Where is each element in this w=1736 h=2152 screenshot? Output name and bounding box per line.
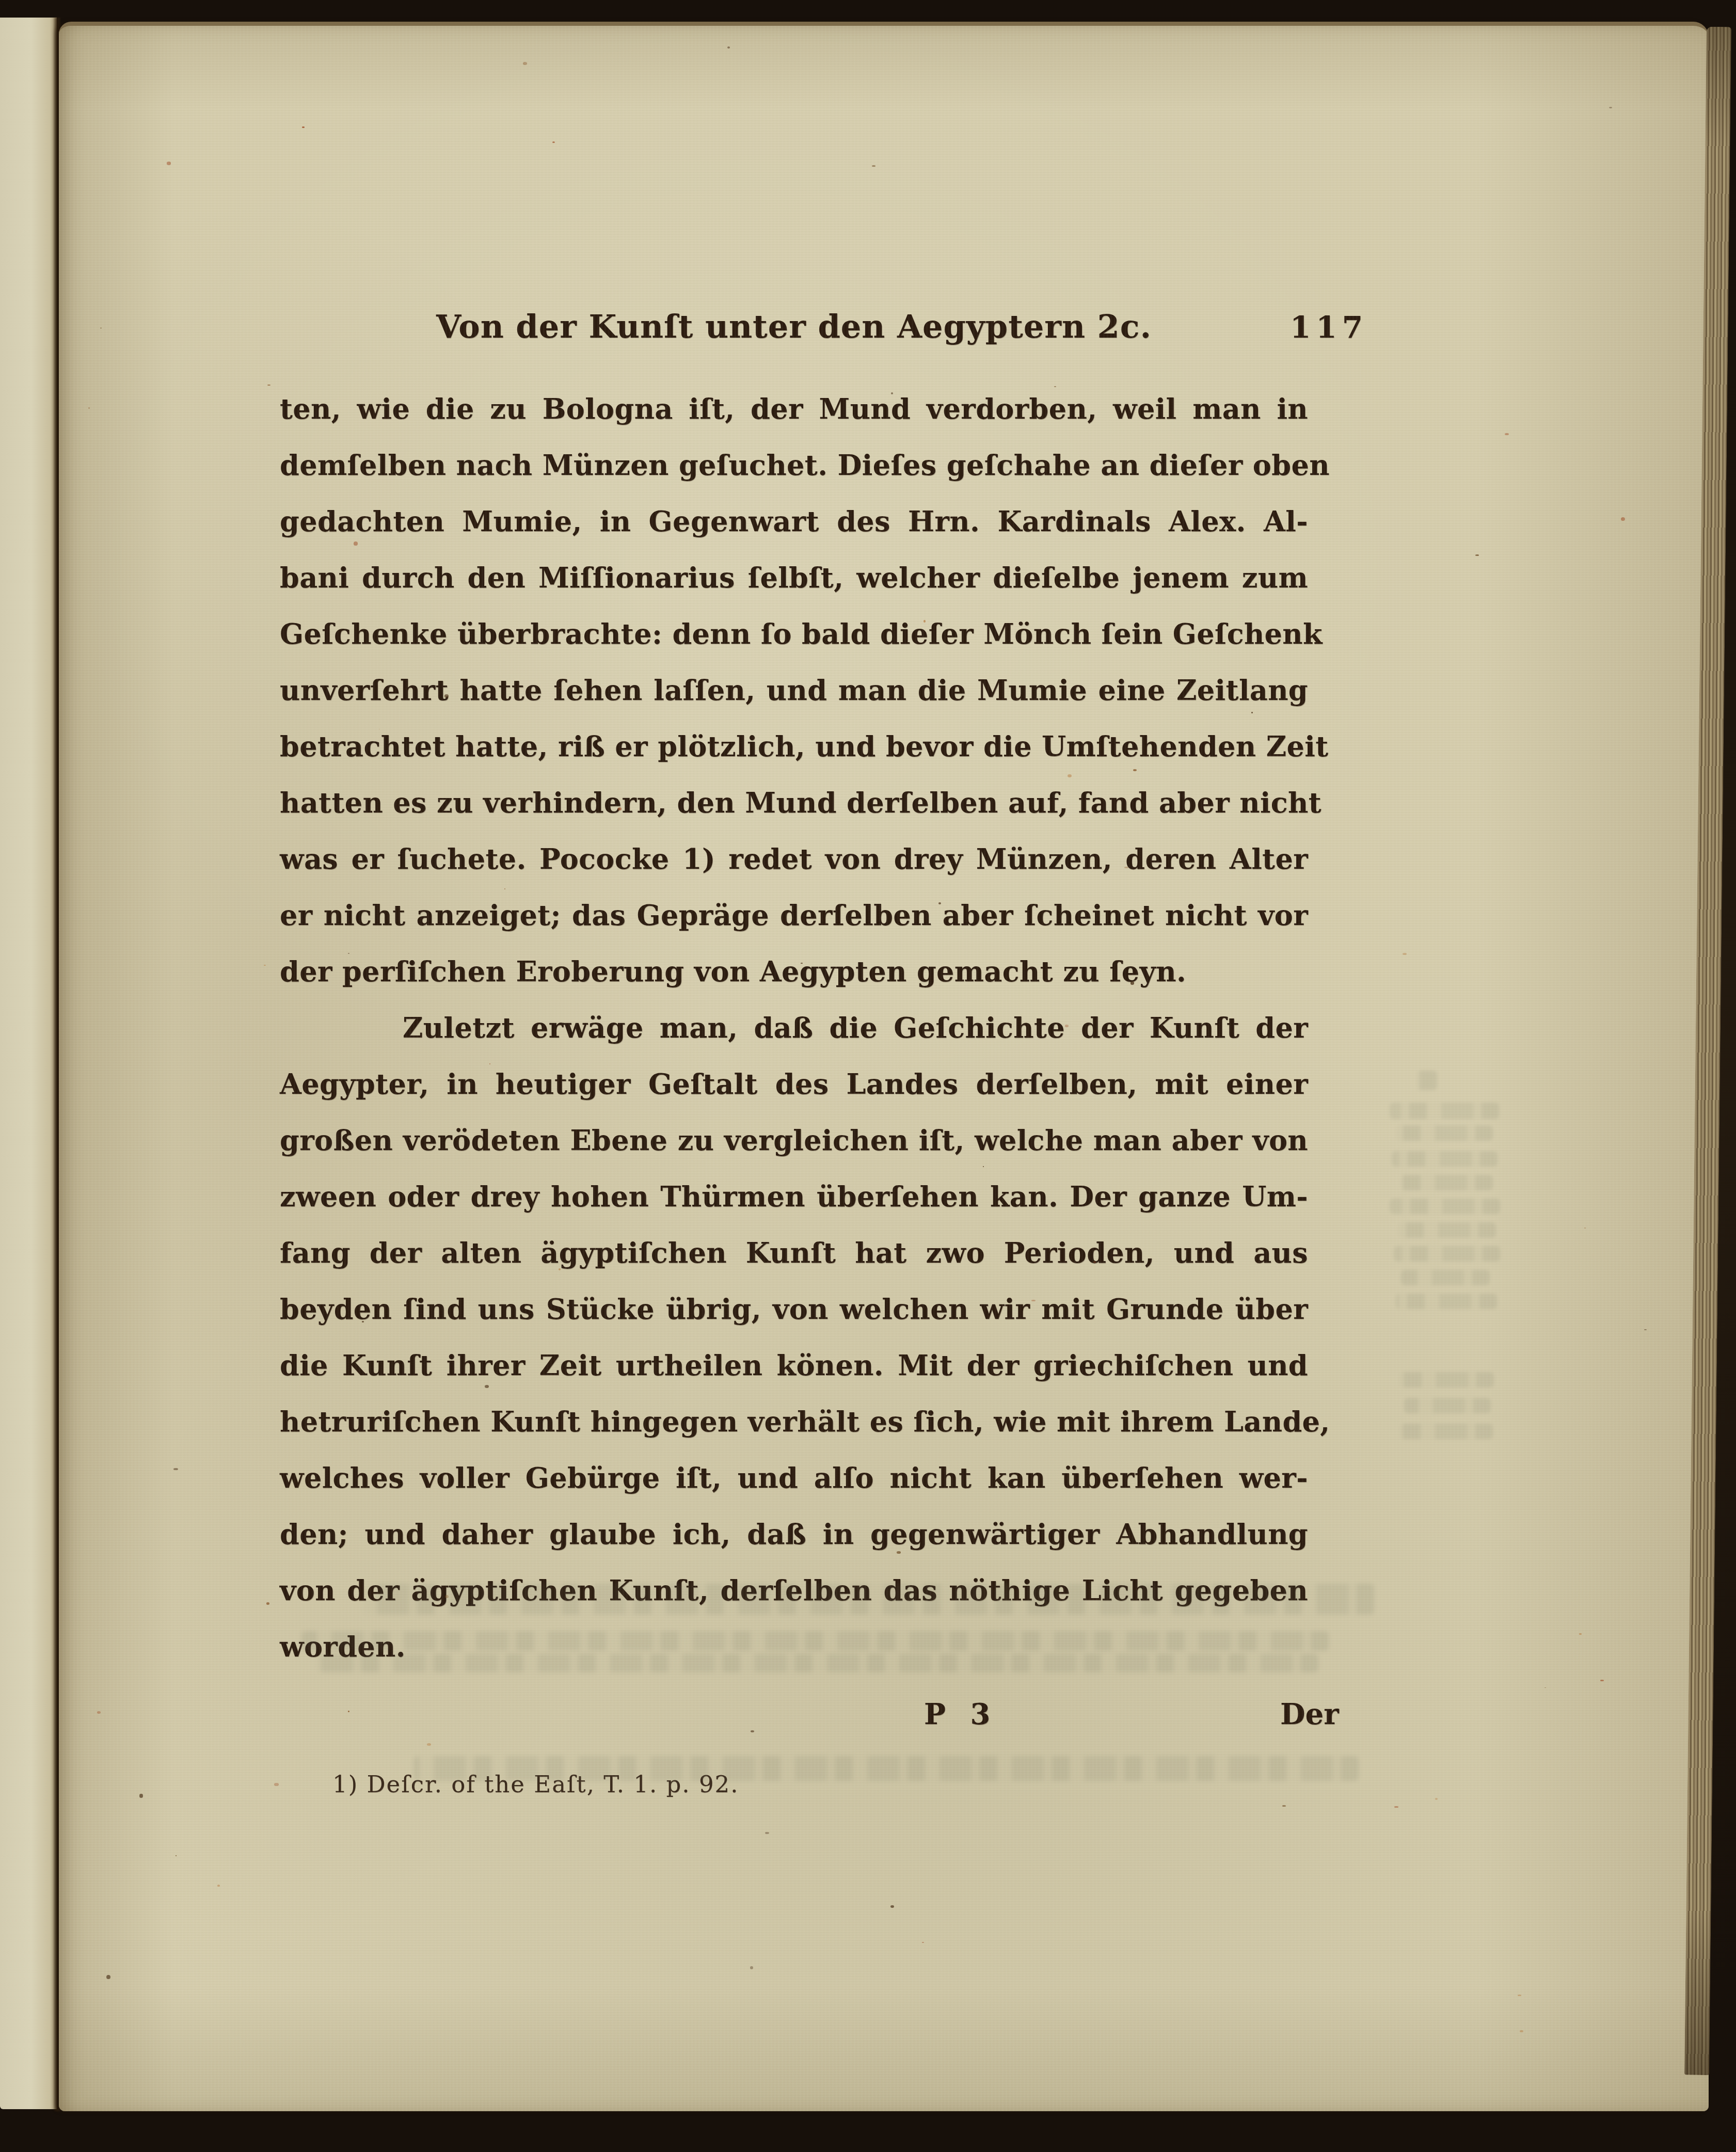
- body-line: zween oder drey hohen Thürmen überſehen …: [280, 1169, 1308, 1225]
- paper-speck: [267, 385, 271, 386]
- body-line: Geſchenke überbrachte: denn ſo bald dieſ…: [280, 606, 1308, 662]
- show-through-margin-note: [1390, 1199, 1500, 1214]
- body-line: fang der alten ägyptiſchen Kunſt hat zwo…: [280, 1225, 1308, 1281]
- paper-speck: [872, 165, 875, 167]
- body-line: ten, wie die zu Bologna iſt, der Mund ve…: [280, 381, 1308, 437]
- body-line: die Kunſt ihrer Zeit urtheilen könen. Mi…: [280, 1337, 1308, 1394]
- text-block: ten, wie die zu Bologna iſt, der Mund ve…: [280, 381, 1308, 1675]
- show-through-margin-note: [1396, 1294, 1497, 1309]
- body-line: demſelben nach Münzen geſuchet. Dieſes g…: [280, 437, 1308, 493]
- footnote: 1) Deſcr. of the Eaſt, T. 1. p. 92.: [332, 1771, 739, 1798]
- paper-speck: [1475, 554, 1479, 556]
- running-title: Von der Kunſt unter den Aegyptern 2c.: [436, 308, 1152, 345]
- paper-speck: [523, 62, 527, 65]
- body-line: hetruriſchen Kunſt hingegen verhält es ſ…: [280, 1394, 1308, 1450]
- paper-speck: [765, 1832, 769, 1834]
- show-through-margin-note: [1390, 1103, 1499, 1119]
- paper-speck: [552, 141, 555, 143]
- paper-speck: [727, 46, 730, 49]
- body-line: was er ſuchete. Pococke 1) redet von dre…: [280, 831, 1308, 887]
- show-through-margin-note: [1392, 1151, 1498, 1167]
- paper-speck: [274, 1783, 279, 1786]
- body-line: der perſiſchen Eroberung von Aegypten ge…: [280, 944, 1308, 1000]
- paper-speck: [139, 1794, 144, 1797]
- paper-speck: [1435, 1798, 1438, 1800]
- paper-speck: [1282, 1805, 1286, 1807]
- paper-speck: [264, 965, 266, 966]
- paper-speck: [1609, 107, 1612, 108]
- paper-speck: [1579, 1633, 1581, 1634]
- paper-speck: [1403, 953, 1407, 955]
- show-through-margin-note: [1394, 1246, 1500, 1262]
- paper-speck: [1621, 517, 1625, 521]
- facing-page-edge: [0, 18, 57, 2109]
- paper-speck: [1505, 433, 1508, 435]
- page-header: Von der Kunſt unter den Aegyptern 2c. 11…: [280, 308, 1308, 352]
- body-line: hatten es zu verhindern, den Mund derſel…: [280, 775, 1308, 831]
- paper-speck: [1600, 1680, 1604, 1681]
- paper-speck: [1584, 1228, 1586, 1229]
- signature-row: P 3 Der: [280, 1697, 1308, 1749]
- paper-speck: [1644, 1329, 1646, 1330]
- body-line: bani durch den Miſſionarius ſelbſt, welc…: [280, 550, 1308, 606]
- paper-speck: [1394, 1806, 1398, 1808]
- paper-speck: [1520, 2030, 1523, 2032]
- body-line: worden.: [280, 1619, 1308, 1675]
- body-line: Aegypter, in heutiger Geſtalt des Landes…: [280, 1056, 1308, 1112]
- body-line: betrachtet hatte, riß er plötzlich, und …: [280, 719, 1308, 775]
- paper-speck: [266, 1602, 270, 1605]
- paper-speck: [890, 1905, 894, 1908]
- body-line: er nicht anzeiget; das Gepräge derſelben…: [280, 887, 1308, 944]
- show-through-margin-note: [1401, 1270, 1490, 1285]
- signature-mark: P 3: [924, 1697, 998, 1731]
- body-line: von der ägyptiſchen Kunſt, derſelben das…: [280, 1563, 1308, 1619]
- show-through-margin-note: [1399, 1372, 1494, 1388]
- body-line: den; und daher glaube ich, daß in gegenw…: [280, 1506, 1308, 1563]
- body-line: großen verödeten Ebene zu vergleichen iſ…: [280, 1112, 1308, 1169]
- show-through-margin-note: [1401, 1175, 1493, 1190]
- body-line: beyden ſind uns Stücke übrig, von welche…: [280, 1281, 1308, 1337]
- body-line: welches voller Gebürge iſt, und alſo nic…: [280, 1450, 1308, 1506]
- body-line: unverſehrt hatte ſehen laſſen, und man d…: [280, 662, 1308, 719]
- paper-speck: [922, 1942, 924, 1943]
- paper-speck: [173, 1468, 178, 1470]
- paper-speck: [88, 407, 90, 409]
- paper-speck: [100, 328, 102, 329]
- paper-speck: [176, 1855, 177, 1856]
- page-number: 117: [1290, 310, 1368, 345]
- show-through-margin-note: [1400, 1424, 1493, 1439]
- scanned-book-photo: { "header": { "running_title": "Von der …: [0, 0, 1736, 2152]
- book-page: Von der Kunſt unter den Aegyptern 2c. 11…: [59, 22, 1709, 2111]
- show-through-margin-note: [1398, 1222, 1496, 1238]
- paper-speck: [1518, 1995, 1521, 1996]
- paper-speck: [106, 1975, 111, 1979]
- paper-speck: [167, 162, 171, 165]
- catchword: Der: [1280, 1697, 1339, 1731]
- paper-speck: [750, 1966, 754, 1969]
- paper-speck: [97, 1711, 101, 1714]
- show-through-margin-note: [1404, 1398, 1491, 1413]
- show-through-margin-note: [1396, 1125, 1493, 1141]
- paper-speck: [217, 1885, 220, 1887]
- body-line: Zuletzt erwäge man, daß die Geſchichte d…: [280, 1000, 1308, 1056]
- show-through-margin-note: [1416, 1071, 1437, 1090]
- paper-speck: [302, 126, 305, 128]
- paper-speck: [1544, 1687, 1546, 1688]
- body-line: gedachten Mumie, in Gegenwart des Hrn. K…: [280, 493, 1308, 550]
